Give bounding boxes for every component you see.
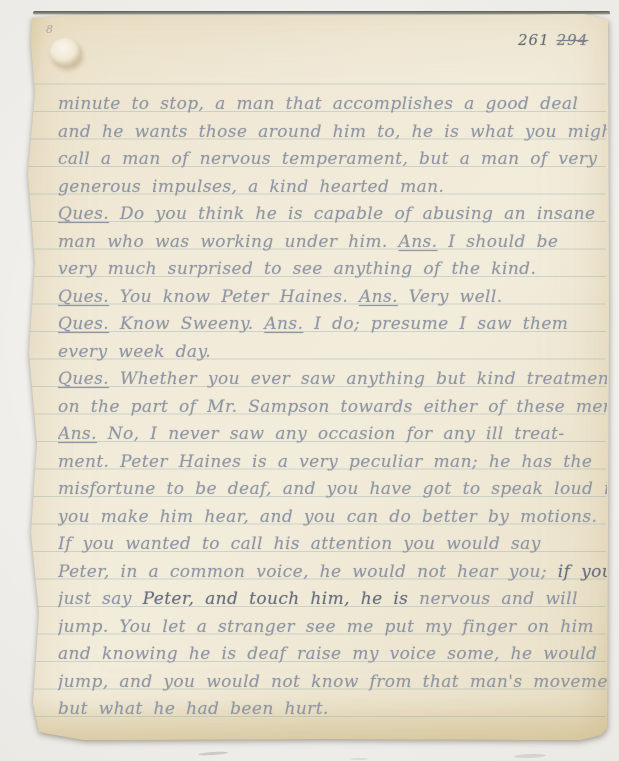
handwriting-segment: and knowing he is deaf raise my voice so… xyxy=(58,644,597,664)
manuscript-page: 8 261294 minute to stop, a man that acco… xyxy=(24,13,610,742)
handwriting-segment: jump. You let a stranger see me put my f… xyxy=(58,617,594,637)
page-number-struck: 294 xyxy=(557,31,589,49)
handwriting-segment: No, I never saw any occasion for any ill… xyxy=(97,424,565,444)
manuscript-line: and knowing he is deaf raise my voice so… xyxy=(58,641,607,669)
qa-label-underlined: Ans. xyxy=(359,287,398,307)
handwriting-segment: If you wanted to call his attention you … xyxy=(58,534,541,554)
handwriting-segment: Know Sweeny. xyxy=(109,314,264,334)
manuscript-text-block: minute to stop, a man that accomplishes … xyxy=(58,91,607,724)
handwriting-segment: generous impulses, a kind hearted man. xyxy=(58,177,444,197)
manuscript-line: and he wants those around him to, he is … xyxy=(58,119,607,147)
corner-pencil-mark: 8 xyxy=(46,23,53,36)
handwriting-segment: I should be xyxy=(438,232,559,252)
manuscript-line: you make him hear, and you can do better… xyxy=(58,504,607,532)
manuscript-line: Ques. Do you think he is capable of abus… xyxy=(58,201,607,229)
manuscript-line: Ans. No, I never saw any occasion for an… xyxy=(58,421,607,449)
qa-label-underlined: Ques. xyxy=(58,369,109,389)
manuscript-line: Peter, in a common voice, he would not h… xyxy=(58,559,607,587)
handwriting-segment: man who was working under him. xyxy=(58,232,399,252)
handwriting-segment: Whether you ever saw anything but kind t… xyxy=(109,369,607,389)
manuscript-line: Ques. You know Peter Haines. Ans. Very w… xyxy=(58,284,607,312)
qa-label-underlined: Ques. xyxy=(58,204,109,224)
qa-label-underlined: Ques. xyxy=(58,287,109,307)
manuscript-line: jump. You let a stranger see me put my f… xyxy=(58,614,607,642)
handwriting-segment: Peter, and touch him, he is xyxy=(143,589,409,609)
page-number-value: 261 xyxy=(518,31,550,49)
scan-smudge xyxy=(350,758,368,760)
handwriting-segment: I do; presume I saw them xyxy=(303,314,568,334)
manuscript-line: just say Peter, and touch him, he is ner… xyxy=(58,586,607,614)
handwriting-segment: every week day. xyxy=(58,342,211,362)
handwriting-segment: minute to stop, a man that accomplishes … xyxy=(58,94,578,114)
handwriting-segment: just say xyxy=(58,589,143,609)
qa-label-underlined: Ans. xyxy=(264,314,303,334)
manuscript-line: If you wanted to call his attention you … xyxy=(58,531,607,559)
handwriting-segment: misfortune to be deaf, and you have got … xyxy=(58,479,607,499)
qa-label-underlined: Ques. xyxy=(58,314,109,334)
manuscript-line: every week day. xyxy=(58,339,607,367)
handwriting-segment: nervous and will xyxy=(408,589,578,609)
handwriting-segment: you make him hear, and you can do better… xyxy=(58,507,597,527)
page-number: 261294 xyxy=(518,31,588,49)
paper-blemish xyxy=(50,38,81,66)
handwriting-segment: very much surprised to see anything of t… xyxy=(58,259,536,279)
manuscript-line: very much surprised to see anything of t… xyxy=(58,256,607,284)
manuscript-line: Ques. Know Sweeny. Ans. I do; presume I … xyxy=(58,311,607,339)
handwriting-segment: but what he had been hurt. xyxy=(58,699,329,719)
handwriting-segment: jump, and you would not know from that m… xyxy=(58,672,607,692)
handwriting-segment: ment. Peter Haines is a very peculiar ma… xyxy=(58,452,592,472)
manuscript-line: jump, and you would not know from that m… xyxy=(58,669,607,697)
manuscript-line: Ques. Whether you ever saw anything but … xyxy=(58,366,607,394)
manuscript-line: misfortune to be deaf, and you have got … xyxy=(58,476,607,504)
handwriting-segment: if you xyxy=(558,562,607,582)
paper-wrap: 8 261294 minute to stop, a man that acco… xyxy=(0,0,619,761)
manuscript-line: generous impulses, a kind hearted man. xyxy=(58,174,607,202)
manuscript-line: minute to stop, a man that accomplishes … xyxy=(58,91,607,119)
manuscript-line: on the part of Mr. Sampson towards eithe… xyxy=(58,394,607,422)
manuscript-line: ment. Peter Haines is a very peculiar ma… xyxy=(58,449,607,477)
handwriting-segment: Peter, in a common voice, he would not h… xyxy=(58,562,558,582)
handwriting-segment: You know Peter Haines. xyxy=(109,287,359,307)
handwriting-segment: call a man of nervous temperament, but a… xyxy=(58,149,597,169)
handwriting-segment: and he wants those around him to, he is … xyxy=(58,122,607,142)
handwriting-segment: Very well. xyxy=(398,287,503,307)
manuscript-line: but what he had been hurt. xyxy=(58,696,607,724)
handwriting-segment: Do you think he is capable of abusing an… xyxy=(109,204,595,224)
handwriting-segment: on the part of Mr. Sampson towards eithe… xyxy=(58,397,607,417)
manuscript-line: call a man of nervous temperament, but a… xyxy=(58,146,607,174)
qa-label-underlined: Ans. xyxy=(399,232,438,252)
qa-label-underlined: Ans. xyxy=(58,424,97,444)
manuscript-line: man who was working under him. Ans. I sh… xyxy=(58,229,607,257)
